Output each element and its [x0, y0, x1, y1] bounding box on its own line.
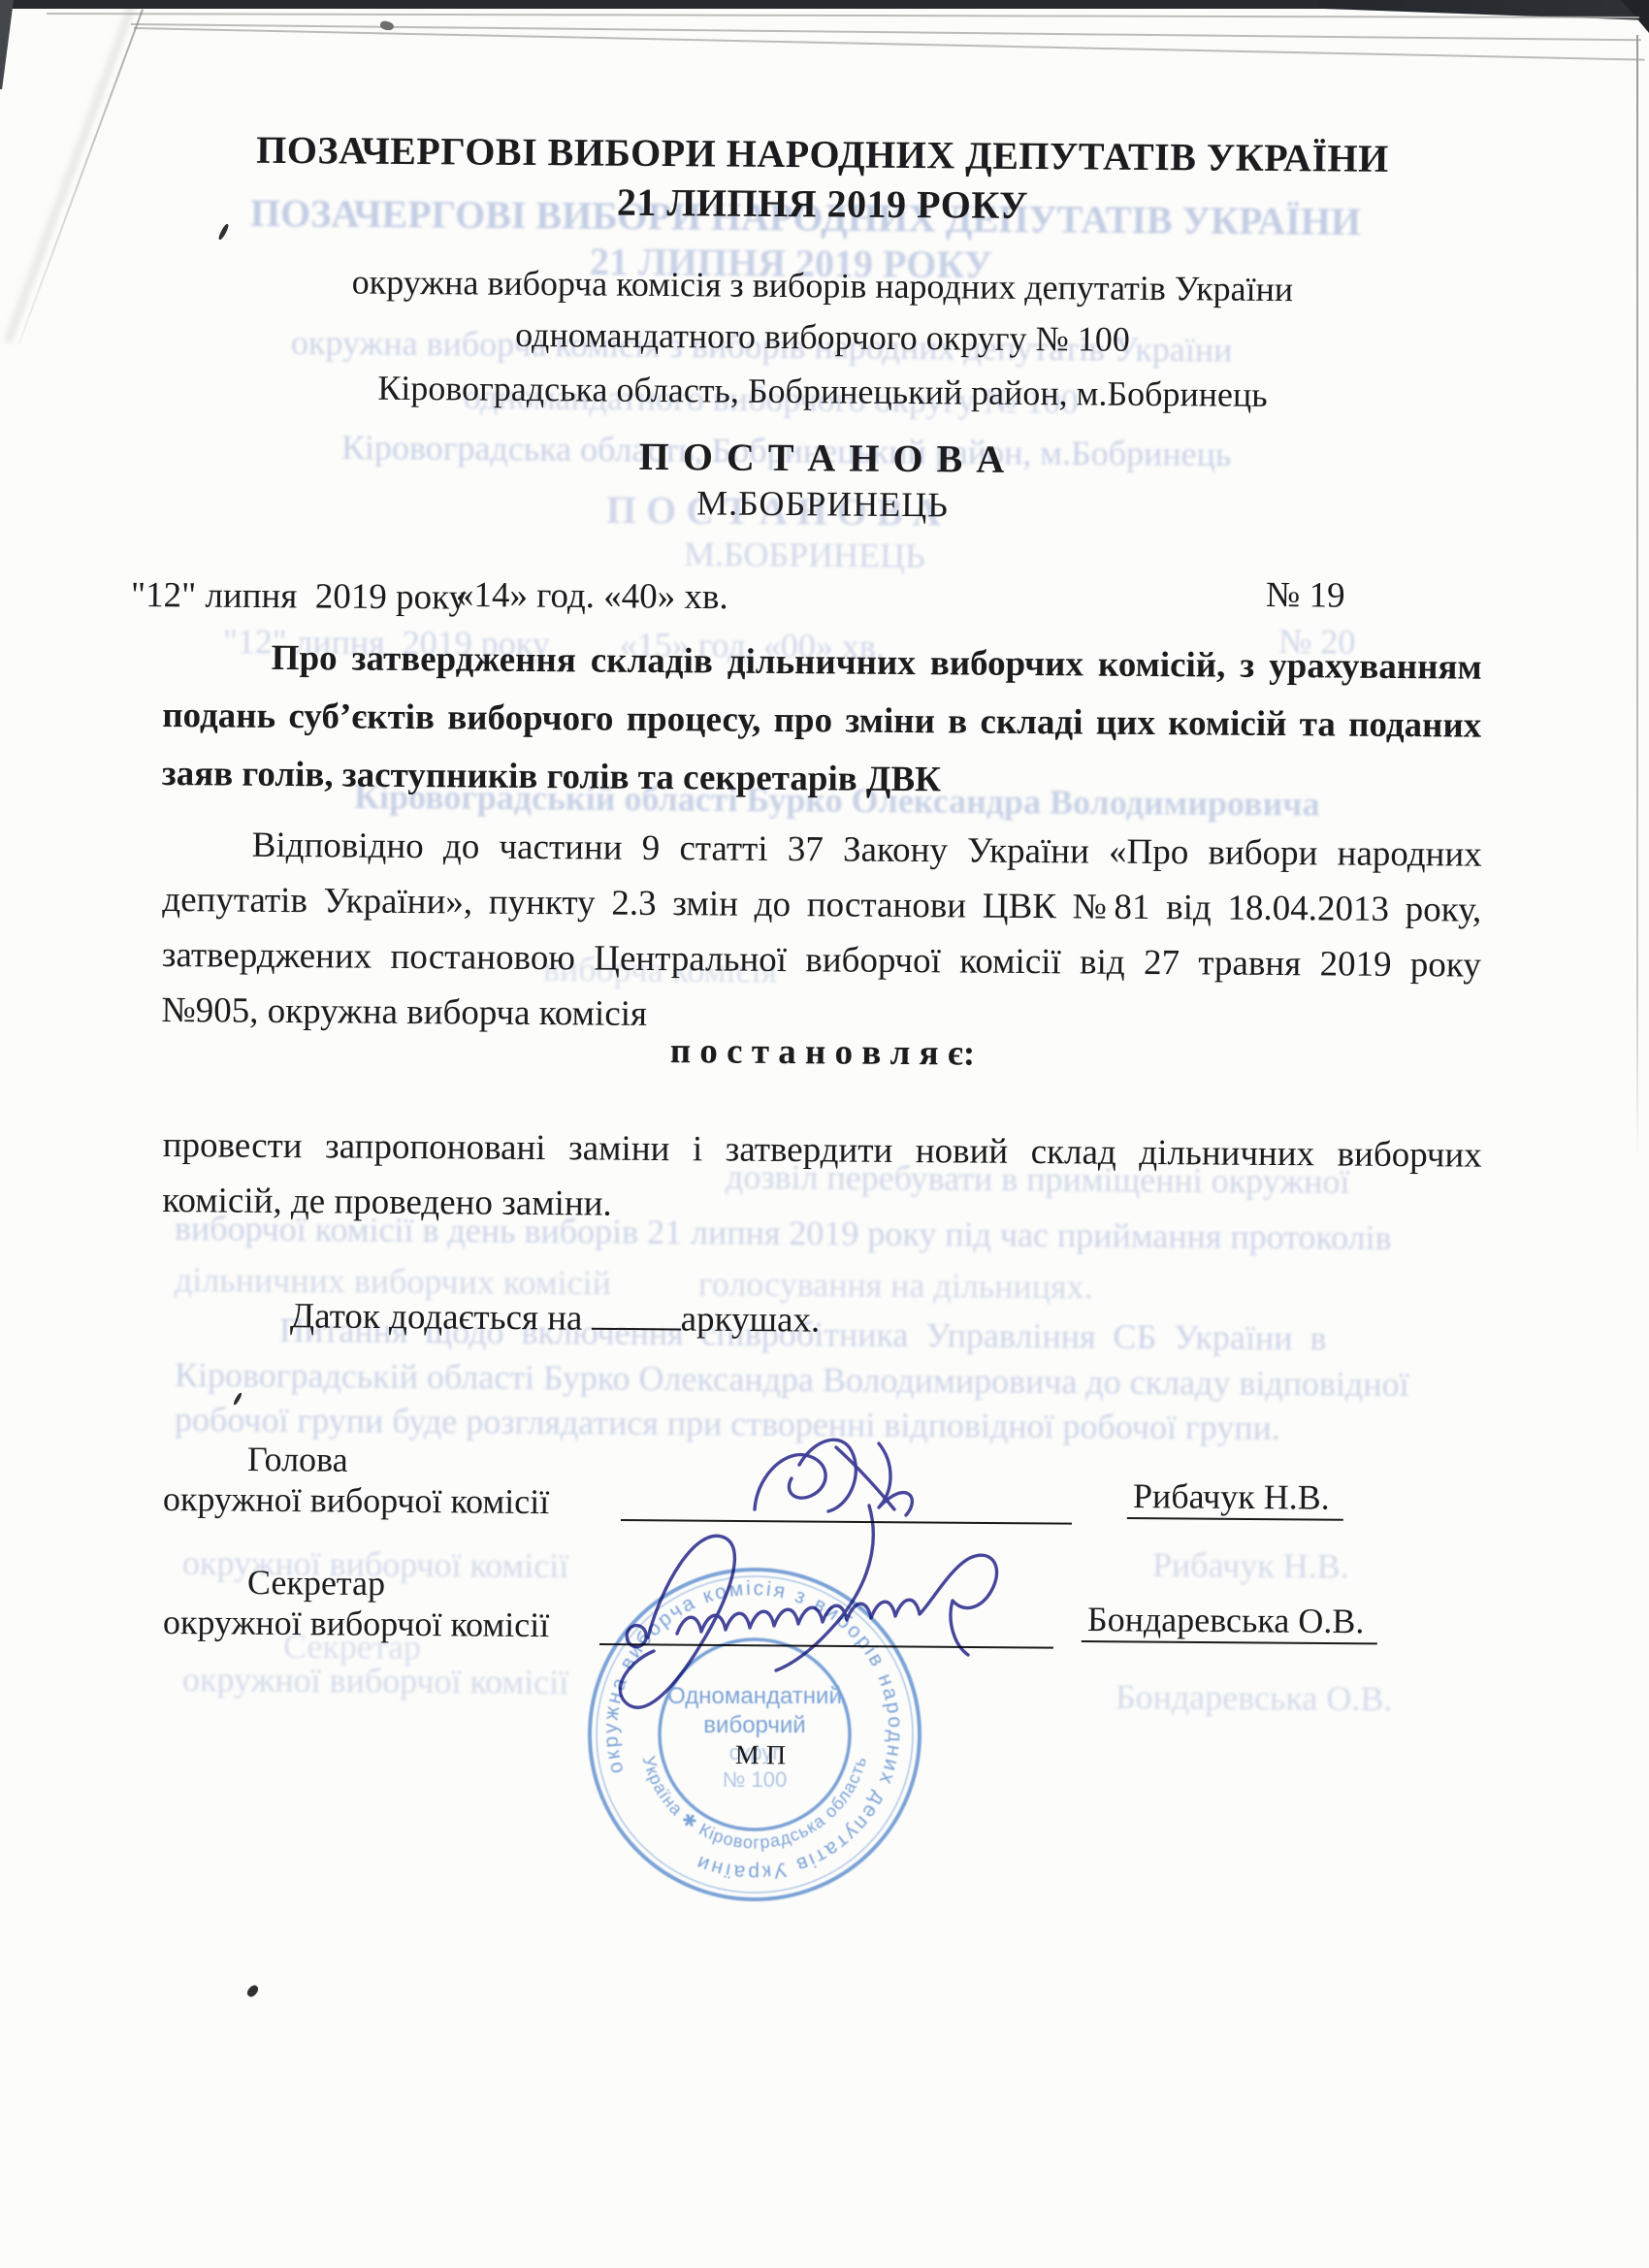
- chair-signature: [755, 1440, 912, 1670]
- secretary-signature: [620, 1536, 996, 1707]
- signatures-overlay: [0, 0, 1649, 2268]
- sheet-right-edge-line: [1636, 35, 1638, 1160]
- scanned-page: { "colors": { "paper": "#fcfcfa", "stamp…: [0, 0, 1649, 2268]
